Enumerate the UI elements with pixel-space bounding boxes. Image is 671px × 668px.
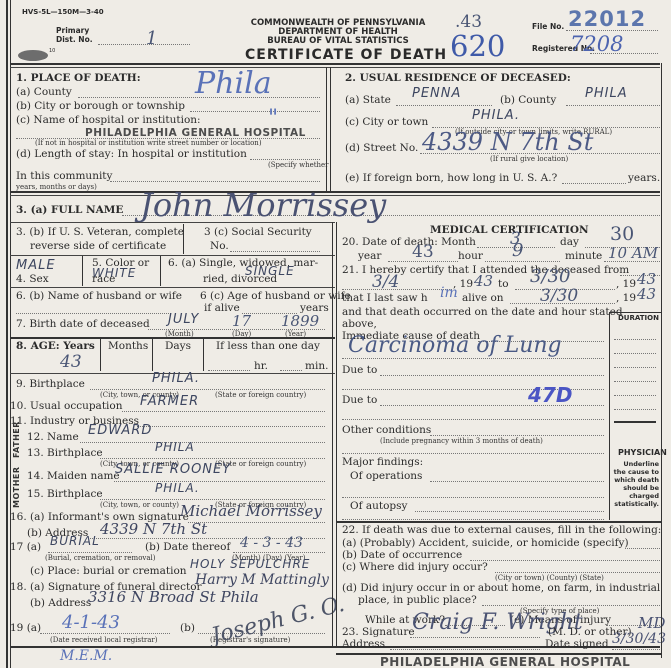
death-certificate: HVS-5L—150M—3-40 Primary Dist. No. 1 10 … (0, 0, 671, 668)
disposition-field[interactable] (48, 552, 132, 553)
autopsy-field[interactable] (415, 511, 604, 512)
other-conditions-line-2[interactable] (342, 453, 604, 454)
medical-divider (336, 521, 661, 523)
external-d-label-1: (d) Did injury occur in or about home, o… (342, 582, 660, 594)
registered-no-value: 7208 (570, 32, 623, 56)
registrar-date-field[interactable] (40, 633, 170, 634)
operations-label: Of operations (350, 470, 422, 482)
mother-birthplace-field[interactable] (100, 499, 325, 500)
signature-label: 23. Signature (342, 626, 415, 638)
due-to-line-2b[interactable] (342, 419, 604, 420)
date-of-death-label: 20. Date of death: Month (342, 236, 476, 248)
full-name-label: 3. (a) FULL NAME (16, 204, 123, 216)
registrar-a-label: 19 (a) (10, 622, 41, 634)
mother-birthplace-value: PHILA. (155, 481, 200, 495)
other-conditions-label: Other conditions (342, 424, 431, 436)
city-borough-field[interactable] (190, 111, 320, 112)
autopsy-label: Of autopsy (350, 500, 407, 512)
bureau-title: BUREAU OF VITAL STATISTICS (248, 36, 428, 46)
father-birthplace-value: PHILA (155, 440, 195, 454)
nineteen-label-2: , 19 (616, 278, 636, 290)
place-burial-value: HOLY SEPULCHRE (190, 557, 310, 571)
header-divider-2 (10, 67, 660, 68)
due-to-label-2: Due to (342, 394, 377, 406)
physician-heading: PHYSICIAN (618, 448, 667, 457)
industry-field[interactable] (137, 426, 325, 427)
above-label: above, (342, 318, 377, 330)
birthplace-state-note: (State or foreign country) (215, 391, 306, 399)
father-name-label: 12. Name (27, 431, 79, 443)
state-label: (a) State (345, 94, 391, 106)
ssn-field[interactable] (230, 251, 320, 252)
death-hour-field[interactable] (485, 261, 560, 262)
death-year-value: 43 (412, 242, 434, 262)
death-year-label: year (358, 250, 381, 262)
birthplace-label: 9. Birthplace (16, 378, 85, 390)
sex-row-divider (10, 287, 335, 288)
birth-year-value: 1899 (281, 312, 319, 330)
duration-field-4[interactable] (614, 381, 656, 382)
usual-residence-heading: 2. USUAL RESIDENCE OF DECEASED: (345, 72, 571, 84)
state-field[interactable] (396, 105, 492, 106)
informant-field[interactable] (188, 522, 325, 523)
sex-divider (82, 256, 83, 286)
street-no-value: 4339 N 7th St (422, 128, 593, 156)
header-divider (10, 63, 660, 65)
color-label-2: race (92, 273, 115, 285)
occupation-label: 10. Usual occupation (10, 400, 122, 412)
color-divider (160, 256, 161, 286)
foreign-born-unit: years. (628, 172, 660, 184)
operations-field[interactable] (430, 481, 604, 482)
death-minute-value: 10 AM (608, 244, 658, 262)
physician-address-label: Address (342, 638, 385, 650)
duration-underline (614, 421, 656, 423)
rural-location-note: (If rural give location) (490, 155, 568, 163)
place-of-death-heading: 1. PLACE OF DEATH: (16, 72, 141, 84)
sex-label: 4. Sex (16, 273, 49, 285)
city-town-label: (c) City or town (345, 116, 428, 128)
county-value: Phila (195, 66, 272, 101)
disposition-date-value: 4 - 3 - 43 (240, 535, 303, 551)
full-name-value: John Morrissey (140, 186, 386, 224)
alive-on-label: alive on (462, 292, 504, 304)
last-saw-him: im (440, 285, 458, 301)
immediate-cause-line-2[interactable] (342, 358, 604, 359)
hours-field[interactable] (208, 370, 250, 371)
death-minute-label: minute (565, 250, 602, 262)
right-border (661, 63, 662, 658)
duration-field-1[interactable] (614, 339, 656, 340)
last-saw-label: that I last saw h (342, 292, 428, 304)
to-label: to (498, 278, 509, 290)
veteran-row-divider (10, 255, 335, 256)
father-name-field[interactable] (80, 442, 325, 443)
form-code: HVS-5L—150M—3-40 (22, 8, 104, 16)
other-conditions-note: (Include pregnancy within 3 months of de… (380, 437, 543, 445)
occupation-value: FARMER (140, 394, 199, 409)
age-years-value: 43 (60, 352, 82, 372)
footer-hospital-stamp: PHILADELPHIA GENERAL HOSPITAL (380, 655, 630, 668)
attended-from-value: 3/4 (372, 272, 399, 292)
autopsy-line-2[interactable] (342, 519, 604, 520)
duration-field-3[interactable] (614, 367, 656, 368)
due-to-value-2: 47D (528, 383, 572, 407)
death-hour-value: 9 (512, 240, 523, 261)
external-c-field[interactable] (495, 572, 660, 573)
marital-label-1: 6. (a) Single, widowed, mar- (168, 257, 318, 269)
physician-signature-field[interactable] (410, 637, 540, 638)
dist-no-line (98, 44, 190, 45)
months-label: Months (108, 340, 148, 352)
disposition-note: (Burial, cremation, or removal) (45, 554, 156, 562)
ssn-label-1: 3 (c) Social Security (204, 226, 312, 238)
age-label: 8. AGE: Years (16, 340, 95, 352)
county-label: (a) County (16, 86, 72, 98)
section-1-divider-2 (330, 67, 331, 192)
father-side-label: FATHER (12, 421, 21, 458)
last-saw-value: 3/30 (540, 286, 578, 306)
length-of-stay-label: (d) Length of stay: In hospital or insti… (16, 148, 247, 160)
duration-label: DURATION (618, 314, 659, 322)
physician-address-field[interactable] (390, 649, 540, 650)
birth-date-label: 7. Birth date of deceased (16, 318, 150, 330)
father-birthplace-label: 13. Birthplace (27, 447, 103, 459)
immediate-cause-value: Carcinoma of Lung (348, 333, 562, 358)
veteran-divider (183, 224, 184, 254)
birth-day-value: 17 (232, 312, 251, 330)
registrar-date-note: (Date received local registrar) (50, 636, 158, 644)
registrar-date-value: 4-1-43 (62, 612, 120, 633)
death-day-label: day (560, 236, 579, 248)
ssn-label-2: No. (210, 240, 229, 252)
left-border-inner (10, 0, 11, 668)
mother-city-note: (City, town, or county) (100, 501, 179, 509)
less-than-day-label: If less than one day (216, 340, 320, 352)
length-of-stay-field[interactable] (250, 159, 320, 160)
due-to-label-1: Due to (342, 364, 377, 376)
column-divider (332, 222, 333, 646)
veteran-label-1: 3. (b) If U. S. Veteran, complete (16, 226, 184, 238)
spouse-label: 6. (b) Name of husband or wife (16, 290, 182, 302)
external-a-field[interactable] (625, 548, 660, 549)
foreign-born-field[interactable] (562, 183, 626, 184)
residence-county-field[interactable] (566, 105, 660, 106)
disposition-value: BURIAL (50, 534, 100, 548)
age-divider-2 (152, 338, 153, 371)
disposition-date-field[interactable] (233, 552, 325, 553)
annotation-620: 620 (450, 29, 505, 63)
disposition-date-label: (b) Date thereof (145, 541, 230, 553)
occupation-field[interactable] (122, 411, 325, 412)
spouse-age-label-1: 6 (c) Age of husband or wife (200, 290, 351, 302)
mother-maiden-label: 14. Maiden name (27, 470, 120, 482)
external-b-label: (b) Date of occurrence (342, 549, 462, 561)
major-findings-label: Major findings: (342, 456, 423, 468)
due-to-field-1[interactable] (380, 375, 604, 376)
seal-number: 10 (49, 48, 55, 54)
disposition-label: 17 (a) (10, 541, 41, 553)
file-no-value: 22012 (568, 7, 646, 31)
death-hour-label: hour (458, 250, 483, 262)
union-seal-icon (18, 50, 48, 61)
registrar-initials: M.E.M. (60, 648, 112, 664)
death-occurred-label: and that death occurred on the date and … (342, 306, 623, 318)
date-signed-value: 3/30/43 (612, 631, 666, 647)
left-border (6, 0, 8, 668)
certificate-title: CERTIFICATE OF DEATH (245, 47, 447, 63)
state-value: PENNA (412, 86, 461, 101)
external-c-label: (c) Where did injury occur? (342, 561, 488, 573)
minutes-field[interactable] (280, 370, 302, 371)
mother-maiden-field[interactable] (114, 481, 325, 482)
informant-value: Michael Morrissey (180, 502, 322, 520)
birth-row-divider (10, 337, 335, 339)
min-label: min. (305, 360, 328, 372)
name-divider (10, 222, 335, 223)
last-saw-year: 43 (637, 285, 656, 303)
community-label: In this community (16, 170, 112, 182)
funeral-address-label: (b) Address (30, 597, 91, 609)
primary-label: Primary (56, 26, 89, 35)
hospital-label: (c) Name of hospital or institution: (16, 114, 201, 126)
place-burial-label: (c) Place: burial or cremation (30, 565, 187, 577)
street-no-label: (d) Street No. (345, 142, 418, 154)
date-signed-field[interactable] (612, 649, 660, 650)
external-d-label-2: place, in public place? (358, 594, 477, 606)
residence-county-label: (b) County (500, 94, 556, 106)
veteran-label-2: reverse side of certificate (30, 240, 166, 252)
residence-county-value: PHILA (585, 86, 628, 101)
external-d-field[interactable] (482, 605, 660, 606)
age-divider-3 (203, 338, 204, 371)
marital-label-2: ried, divorced (203, 273, 277, 285)
specify-whether-note: (Specify whether (268, 161, 329, 169)
mother-side-label: MOTHER (12, 466, 21, 508)
days-label: Days (165, 340, 191, 352)
funeral-director-value: Harry M Mattingly (195, 572, 329, 588)
date-signed-label: Date signed (545, 638, 609, 650)
attended-to-value: 3/30 (530, 266, 570, 287)
city-borough-label: (b) City or borough or township (16, 100, 185, 112)
dist-no-value: 1 (146, 28, 157, 49)
section-1-divider (326, 67, 327, 192)
birth-month-value: JULY (168, 312, 199, 327)
hr-label: hr. (254, 360, 268, 372)
external-b-field[interactable] (470, 560, 660, 561)
hospital-note: (If not in hospital or institution write… (35, 139, 262, 147)
column-divider-2 (336, 222, 337, 646)
nineteen-label-3: , 19 (616, 292, 636, 304)
external-a-label: (a) (Probably) Accident, suicide, or hom… (342, 537, 629, 549)
physician-note: Underline the cause to which death shoul… (613, 460, 659, 508)
community-note: years, months or days) (16, 183, 97, 191)
city-town-value: PHILA. (472, 108, 520, 123)
dist-no-label: Dist. No. (56, 35, 93, 44)
spouse-field[interactable] (16, 313, 171, 314)
mother-birthplace-label: 15. Birthplace (27, 488, 103, 500)
duration-field-5[interactable] (614, 395, 656, 396)
funeral-address-value: 3316 N Broad St Phila (88, 588, 259, 606)
death-day-value: 30 (610, 223, 634, 245)
foreign-born-label: (e) If foreign born, how long in U. S. A… (345, 172, 557, 184)
external-c-note: (City or town) (County) (State) (495, 574, 604, 582)
operations-line-2[interactable] (342, 497, 604, 498)
file-no-label: File No. (532, 22, 564, 31)
age-divider-1 (100, 338, 101, 371)
attended-from-year: 43 (474, 272, 493, 290)
duration-field-6[interactable] (614, 409, 656, 410)
duration-field-2[interactable] (614, 353, 656, 354)
registrar-b-label: (b) (180, 622, 195, 634)
other-conditions-field[interactable] (430, 435, 604, 436)
sex-value: MALE (16, 258, 56, 273)
birthplace-field[interactable] (90, 389, 325, 390)
mother-maiden-value: SALLIE ROONEY (115, 462, 231, 477)
father-birthplace-field[interactable] (100, 458, 325, 459)
community-field[interactable] (110, 181, 320, 182)
birthplace-value: PHILA. (152, 371, 200, 386)
father-name-value: EDWARD (88, 423, 152, 438)
informant-address-value: 4339 N 7th St (100, 520, 207, 538)
external-causes-heading: 22. If death was due to external causes,… (342, 524, 661, 536)
